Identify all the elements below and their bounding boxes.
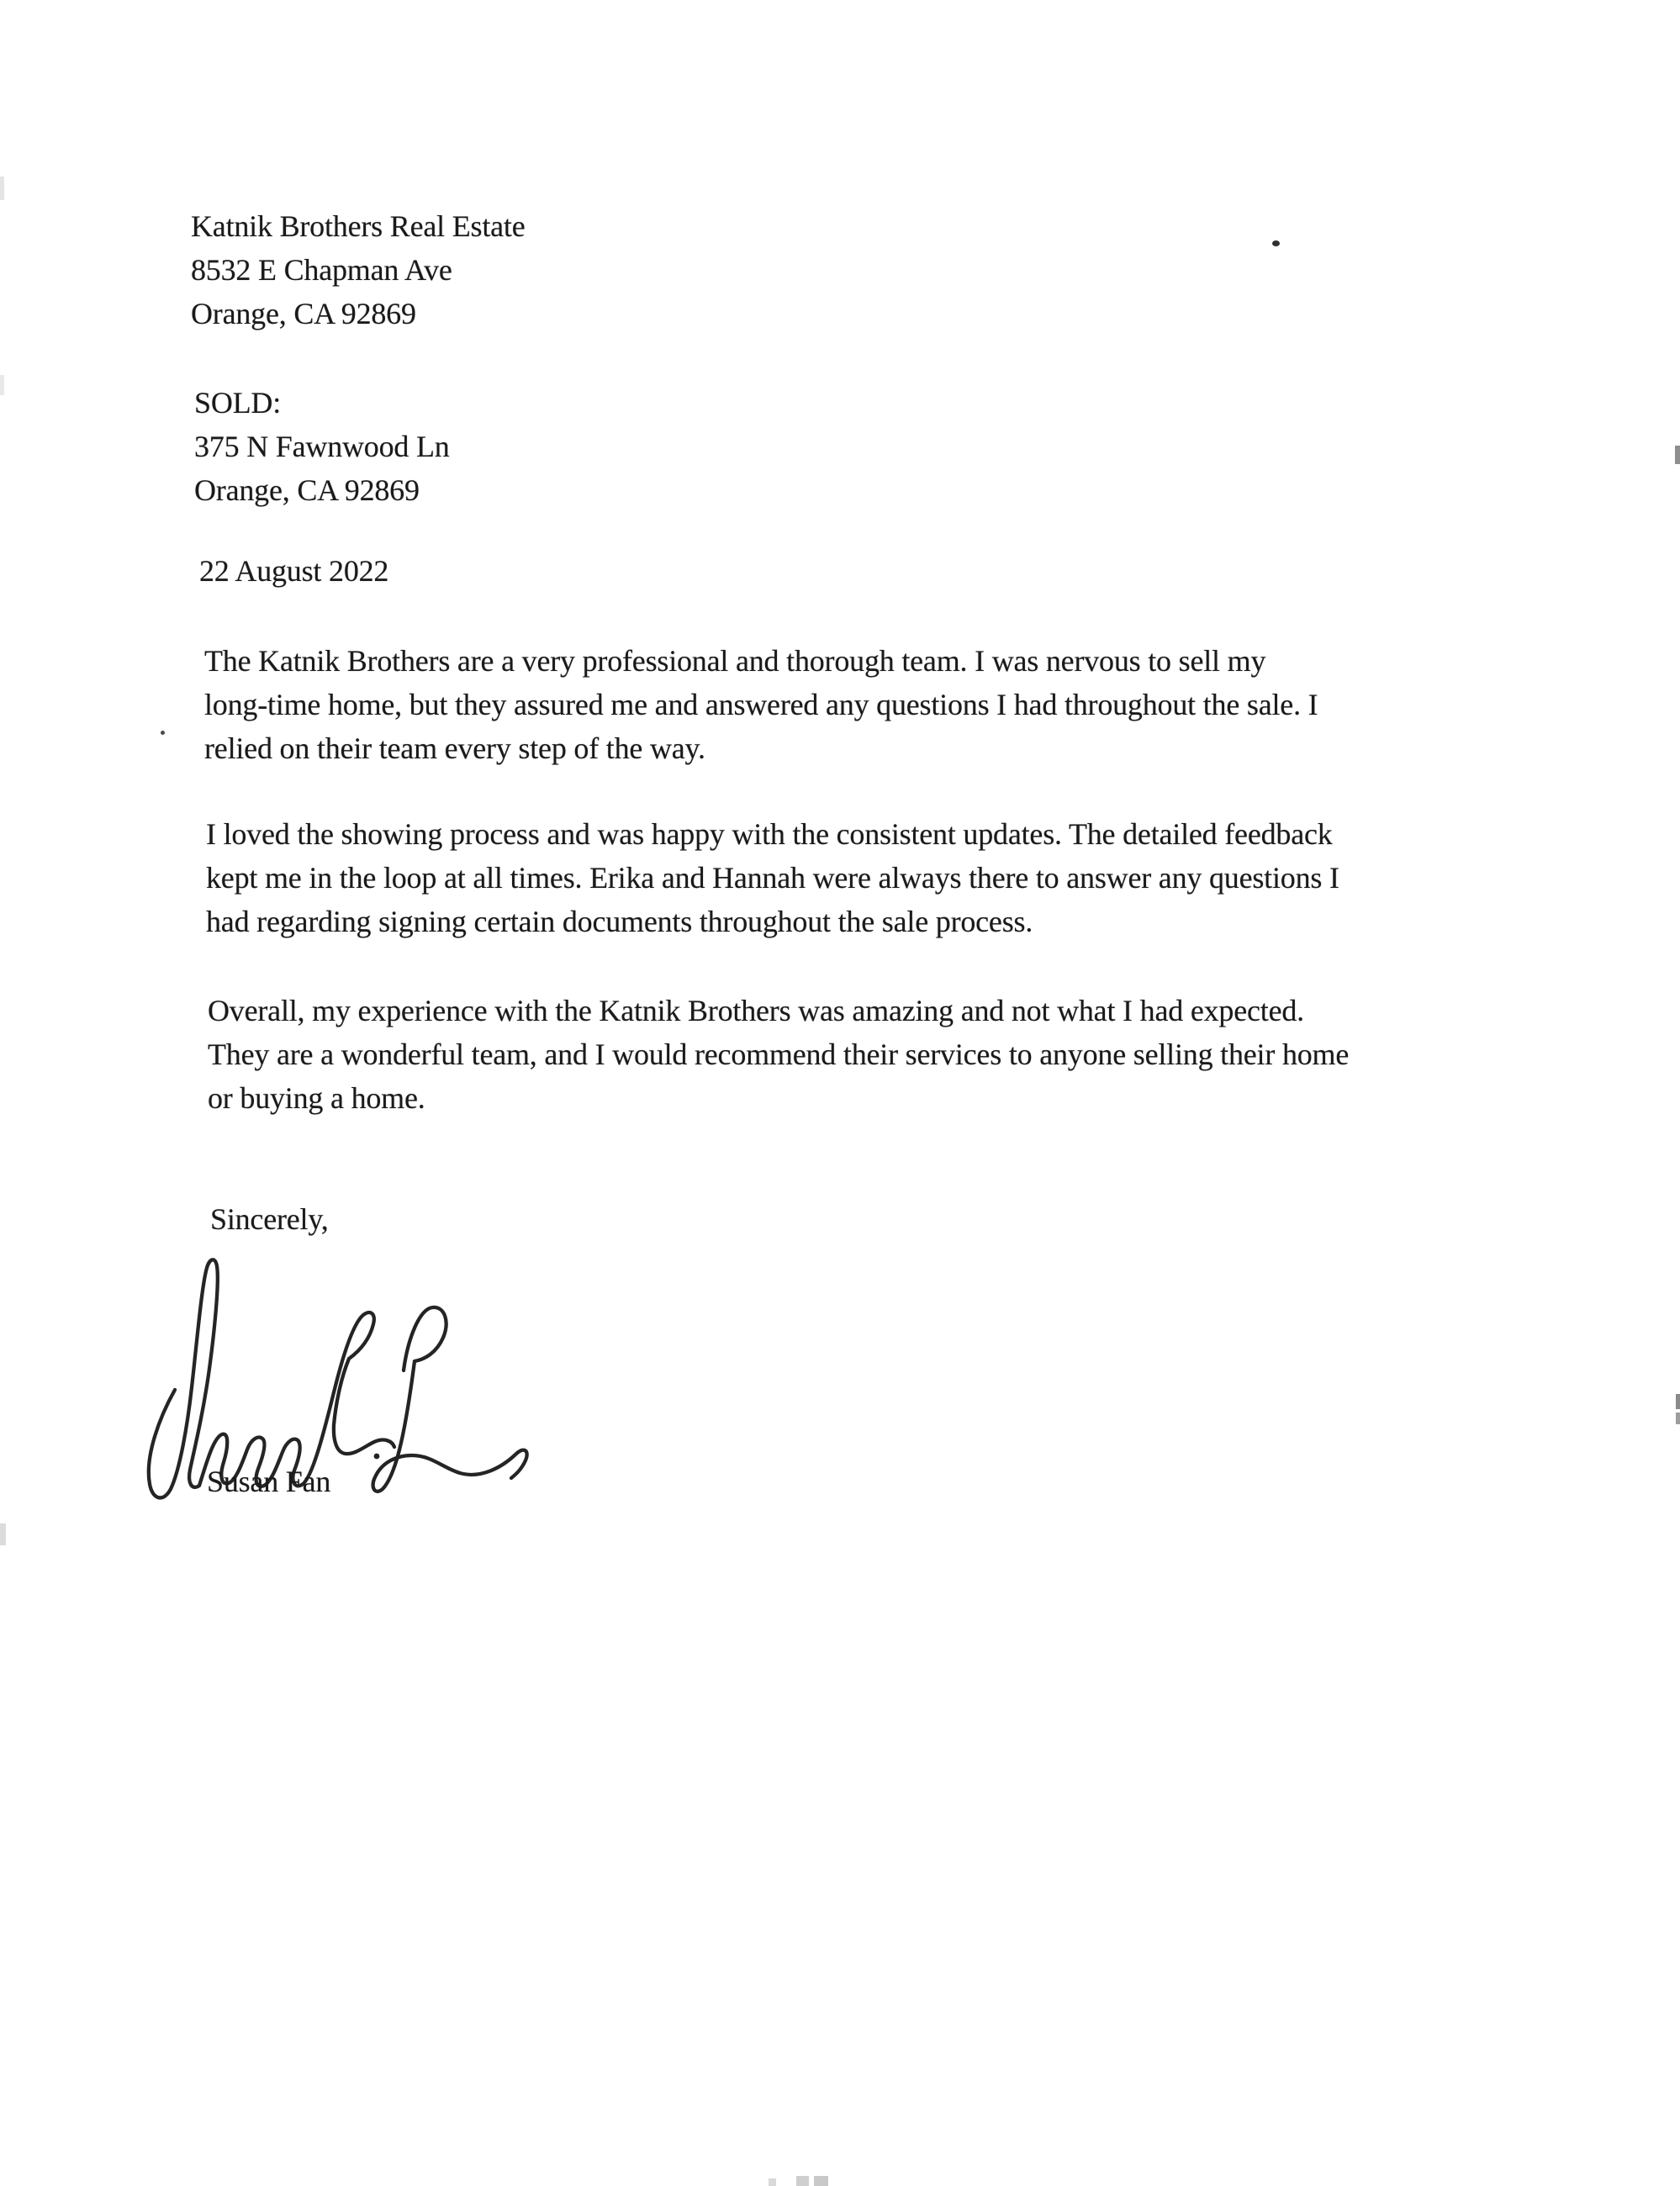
scan-edge-mark xyxy=(1676,1412,1680,1424)
scan-edge-mark xyxy=(0,375,4,395)
body-paragraph-1: The Katnik Brothers are a very professio… xyxy=(204,639,1318,770)
scan-edge-mark xyxy=(1676,1394,1680,1409)
body-paragraph-2: I loved the showing process and was happ… xyxy=(206,812,1339,943)
scanned-letter-page: Katnik Brothers Real Estate 8532 E Chapm… xyxy=(0,0,1680,2186)
scan-speck xyxy=(769,2178,776,2186)
paragraph-line: The Katnik Brothers are a very professio… xyxy=(204,639,1318,683)
recipient-address-block: Katnik Brothers Real Estate 8532 E Chapm… xyxy=(191,204,526,335)
sold-address-line: Orange, CA 92869 xyxy=(194,468,450,512)
recipient-line: Orange, CA 92869 xyxy=(191,292,526,335)
sold-property-block: SOLD: 375 N Fawnwood Ln Orange, CA 92869 xyxy=(194,381,450,512)
scan-edge-mark xyxy=(1675,446,1680,464)
sold-address-line: 375 N Fawnwood Ln xyxy=(194,425,450,468)
recipient-line: 8532 E Chapman Ave xyxy=(191,248,526,292)
paragraph-line: or buying a home. xyxy=(208,1076,1349,1120)
paragraph-line: I loved the showing process and was happ… xyxy=(206,812,1339,856)
scan-speck xyxy=(161,731,165,735)
scan-edge-mark xyxy=(0,1523,6,1545)
paragraph-line: relied on their team every step of the w… xyxy=(204,726,1318,770)
paragraph-line: had regarding signing certain documents … xyxy=(206,900,1339,943)
sold-label: SOLD: xyxy=(194,381,450,425)
scan-edge-mark xyxy=(0,177,4,200)
recipient-line: Katnik Brothers Real Estate xyxy=(191,204,526,248)
signature-svg xyxy=(108,1244,578,1522)
paragraph-line: Overall, my experience with the Katnik B… xyxy=(208,989,1349,1032)
paragraph-line: They are a wonderful team, and I would r… xyxy=(208,1032,1349,1076)
scan-speck xyxy=(814,2176,828,2186)
scan-speck xyxy=(1272,240,1280,246)
closing-salutation: Sincerely, xyxy=(210,1197,329,1241)
typed-signature-name: Susan Fan xyxy=(207,1460,330,1503)
paragraph-line: kept me in the loop at all times. Erika … xyxy=(206,856,1339,900)
handwritten-signature-image xyxy=(108,1244,578,1522)
body-paragraph-3: Overall, my experience with the Katnik B… xyxy=(208,989,1349,1120)
letter-date: 22 August 2022 xyxy=(199,549,388,593)
paragraph-line: long-time home, but they assured me and … xyxy=(204,683,1318,726)
scan-speck xyxy=(796,2176,809,2186)
